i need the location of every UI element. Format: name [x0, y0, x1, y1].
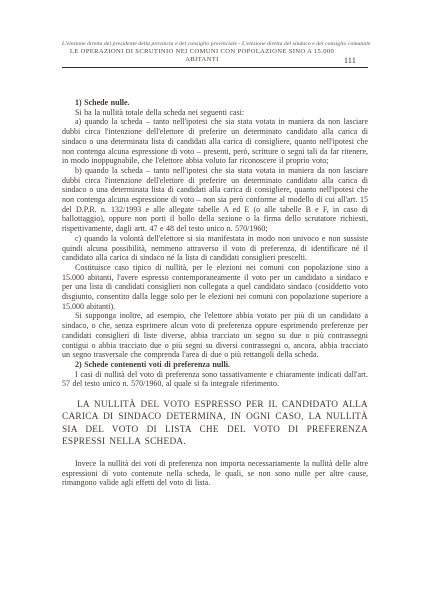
emphasis-paragraph: LA NULLITÀ DEL VOTO ESPRESSO PER IL CAND…: [62, 399, 368, 448]
paragraph: Costituisce caso tipico di nullità, per …: [62, 263, 368, 312]
book-page: L'elezione diretta del presidente della …: [0, 0, 430, 599]
running-header: L'elezione diretta del presidente della …: [62, 41, 368, 68]
paragraph: Si supponga inoltre, ad esempio, che l'e…: [62, 311, 368, 360]
section-heading: 2) Schede contenenti voti di preferenza …: [62, 360, 368, 370]
text-column: L'elezione diretta del presidente della …: [62, 41, 368, 488]
paragraph: b) quando la scheda – tanto nell'ipotesi…: [62, 166, 368, 234]
paragraph: Invece la nullità dei voti di preferenza…: [62, 459, 368, 488]
section-heading: 1) Schede nulle.: [62, 98, 368, 108]
paragraph: c) quando la volontà dell'elettore si si…: [62, 234, 368, 263]
paragraph: a) quando la scheda – tanto nell'ipotesi…: [62, 117, 368, 166]
page-body: 1) Schede nulle. Si ha la nullità totale…: [62, 98, 368, 488]
running-title-line2: LE OPERAZIONI DI SCRUTINIO NEI COMUNI CO…: [62, 48, 368, 64]
paragraph: I casi di nullità del voto di preferenza…: [62, 370, 368, 389]
page-number: 111: [344, 55, 356, 65]
paragraph: Si ha la nullità totale della scheda nei…: [62, 108, 368, 118]
running-title-line1: L'elezione diretta del presidente della …: [62, 41, 368, 48]
